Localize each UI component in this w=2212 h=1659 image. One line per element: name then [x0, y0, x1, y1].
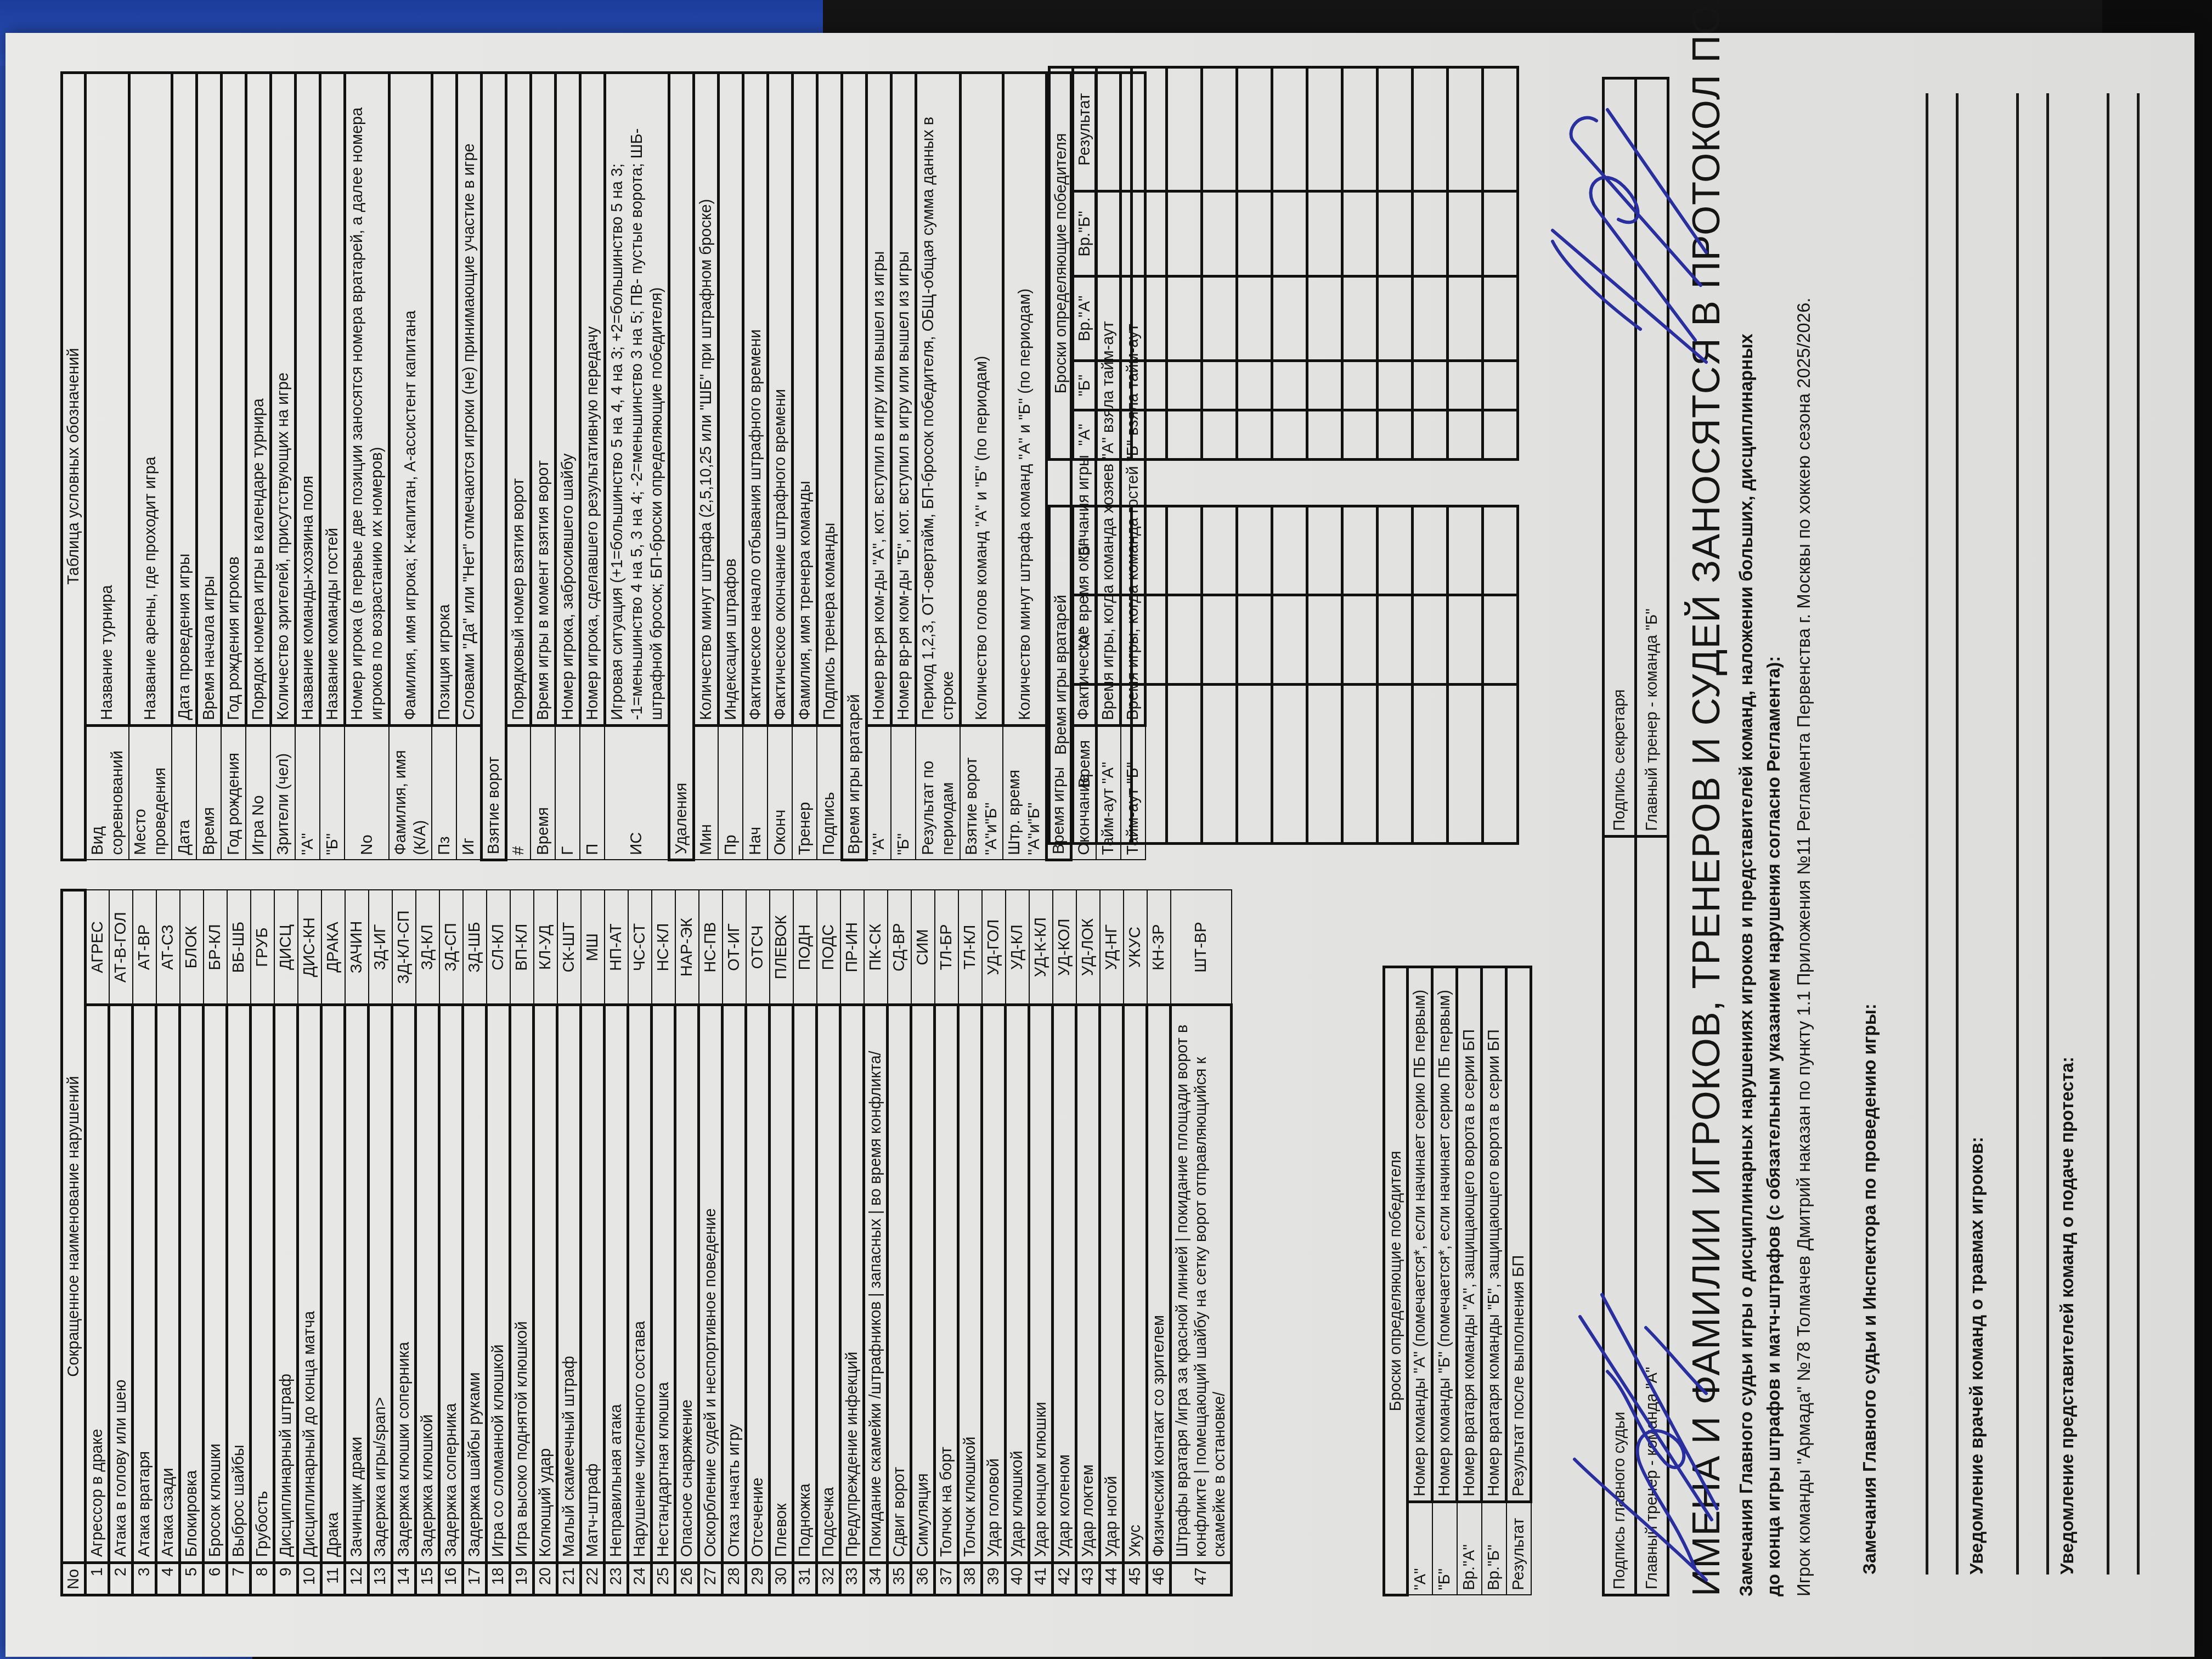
- violation-name: Толчок на борт: [935, 1005, 958, 1563]
- shootout-cell[interactable]: [1378, 410, 1413, 459]
- shootout-cell[interactable]: [1448, 276, 1483, 361]
- injury-notice-line[interactable]: [2016, 93, 2019, 1575]
- goalie-time-cell[interactable]: [1097, 685, 1132, 844]
- shootout-cell[interactable]: [1097, 276, 1132, 361]
- shootout-cell[interactable]: [1132, 191, 1167, 276]
- violation-number: 28: [723, 1563, 746, 1595]
- violation-row: 20Колющий ударКЛ-УД: [534, 890, 557, 1595]
- shootout-cell[interactable]: [1097, 67, 1132, 191]
- violation-number: 38: [958, 1563, 982, 1595]
- legend-description: Номер вр-ря ком-ды "А", кот. вступил в и…: [866, 73, 891, 726]
- violation-row: 35Сдвиг воротСД-ВР: [888, 890, 911, 1595]
- shootout-cell[interactable]: [1307, 276, 1342, 361]
- violation-row: 33Предупреждение инфекцийПР-ИН: [840, 890, 864, 1595]
- shootout-column-header: Результат: [1073, 67, 1097, 191]
- shootout-cell[interactable]: [1342, 361, 1378, 410]
- legend-description: Подпись тренера команды: [817, 73, 842, 726]
- shootout-cell[interactable]: [1167, 67, 1202, 191]
- violation-number: 45: [1124, 1563, 1147, 1595]
- shootout-cell[interactable]: [1202, 361, 1237, 410]
- violation-number: 26: [675, 1563, 699, 1595]
- legend-key: Время: [196, 726, 221, 860]
- legend-description: Название арены, где проходит игра: [129, 73, 172, 726]
- violation-code: ЗД-ИГ: [369, 890, 392, 1006]
- violation-number: 5: [180, 1563, 204, 1595]
- violation-name: Отсечение: [746, 1005, 770, 1563]
- goalie-time-cell[interactable]: [1272, 685, 1307, 844]
- violation-row: 3Атака вратаряАТ-ВР: [133, 890, 156, 1595]
- violation-code: ТЛ-БР: [935, 890, 958, 1006]
- violation-number: 17: [463, 1563, 487, 1595]
- violation-code: НС-ПВ: [699, 890, 723, 1006]
- violation-code: БР-КЛ: [204, 890, 227, 1006]
- legend-description: Фактическое окончание штрафного времени: [768, 73, 792, 726]
- goalie-time-cell[interactable]: [1202, 506, 1237, 595]
- violation-number: 44: [1100, 1563, 1124, 1595]
- goalie-time-cell[interactable]: [1483, 595, 1518, 685]
- legend-row: Фамилия, имя (К/А)Фамилия, имя игрока; К…: [389, 73, 432, 860]
- legend-description: Словами "Да" или "Нет" отмечаются игроки…: [456, 73, 481, 726]
- shootout-cell[interactable]: [1378, 191, 1413, 276]
- violation-name: Атака сзади: [156, 1005, 180, 1563]
- secretary-signature-field[interactable]: Подпись секретаря: [1604, 78, 1636, 837]
- shootout-cell[interactable]: [1342, 67, 1378, 191]
- legend-description: Время игры в момент взятия ворот: [531, 73, 555, 726]
- goalie-time-cell[interactable]: [1307, 506, 1342, 595]
- violation-row: 1Агрессор в дракеАГРЕС: [86, 890, 109, 1595]
- goalie-time-cell[interactable]: [1483, 506, 1518, 595]
- violation-code: ЗД-КЛ: [416, 890, 439, 1006]
- goalie-time-cell[interactable]: [1307, 685, 1342, 844]
- legend-row: Зрители (чел)Количество зрителей, присут…: [270, 73, 295, 860]
- shootout-cell[interactable]: [1237, 67, 1272, 191]
- violation-code: СЛ-КЛ: [487, 890, 510, 1006]
- shootout-cell[interactable]: [1272, 191, 1307, 276]
- legend-description: Количество голов команд "А" и "Б" (по пе…: [960, 73, 1003, 726]
- legend-key: Пз: [432, 726, 456, 860]
- legend-description: Год рождения игроков: [221, 73, 246, 726]
- legend-row: ИСИгровая ситуация (+1=большинство 5 на …: [605, 73, 669, 860]
- violation-number: 23: [605, 1563, 628, 1595]
- shootout-cell[interactable]: [1342, 276, 1378, 361]
- violation-name: Нестандартная клюшка: [652, 1005, 675, 1563]
- goalie-time-cell[interactable]: [1448, 506, 1483, 595]
- legend-description: Название турнира: [86, 73, 129, 726]
- violation-code: НС-КЛ: [652, 890, 675, 1006]
- violation-code: ДИСЦ: [274, 890, 298, 1006]
- shootout-cell[interactable]: [1378, 276, 1413, 361]
- shootout-cell[interactable]: [1413, 276, 1448, 361]
- violation-row: 45УкусУКУС: [1124, 890, 1147, 1595]
- shootout-column-header: "Б": [1073, 361, 1097, 410]
- legend-row: Вид соревнованийНазвание турнира: [86, 73, 129, 860]
- legend-key: Г: [555, 726, 580, 860]
- violation-number: 31: [793, 1563, 817, 1595]
- violation-number: 30: [770, 1563, 793, 1595]
- violation-number: 3: [133, 1563, 156, 1595]
- goalie-time-cell[interactable]: [1237, 685, 1272, 844]
- goalie-time-cell[interactable]: [1378, 685, 1413, 844]
- violation-row: 18Игра со сломанной клюшкойСЛ-КЛ: [487, 890, 510, 1595]
- violation-number: 4: [156, 1563, 180, 1595]
- shootout-cell[interactable]: [1378, 361, 1413, 410]
- legend-row: ВремяВремя начала игры: [196, 73, 221, 860]
- violation-row: 24Нарушение численного составаЧС-СТ: [628, 890, 652, 1595]
- goalie-time-cell[interactable]: [1413, 685, 1448, 844]
- legend-key: Подпись: [817, 726, 842, 860]
- protest-notice-label: Уведомление представителей команд о пода…: [2055, 1057, 2080, 1575]
- shootout-cell[interactable]: [1272, 67, 1307, 191]
- violation-row: 36СимуляцияСИМ: [911, 890, 935, 1595]
- goalie-time-row: [1202, 506, 1237, 844]
- violation-number: 20: [534, 1563, 557, 1595]
- goalie-time-cell[interactable]: [1237, 506, 1272, 595]
- goalie-time-row: [1483, 506, 1518, 844]
- legend-row: "А"Номер вр-ря ком-ды "А", кот. вступил …: [866, 73, 891, 860]
- legend-key: Мин: [693, 726, 718, 860]
- shootout-cell[interactable]: [1307, 67, 1342, 191]
- violation-number: 32: [817, 1563, 840, 1595]
- coach-a-signature-field[interactable]: Главный тренер - команда "А": [1636, 837, 1668, 1595]
- goalie-time-cell[interactable]: [1202, 595, 1237, 685]
- legend-key: Год рождения: [221, 726, 246, 860]
- violation-name: Штрафы вратаря /игра за красной линией |…: [1171, 1005, 1232, 1563]
- violation-row: 23Неправильная атакаНП-АТ: [605, 890, 628, 1595]
- goalie-time-cell[interactable]: [1307, 595, 1342, 685]
- shootout-cell[interactable]: [1272, 410, 1307, 459]
- legend-description: Порядковый номер взятия ворот: [506, 73, 531, 726]
- violation-row: 32ПодсечкаПОДС: [817, 890, 840, 1595]
- shootout-cell[interactable]: [1202, 191, 1237, 276]
- violation-row: 41Удар концом клюшкиУД-К-КЛ: [1029, 890, 1053, 1595]
- shootout-cell[interactable]: [1272, 361, 1307, 410]
- signature-table: Подпись главного судьи Подпись секретаря…: [1602, 77, 1669, 1596]
- goalie-time-cell[interactable]: [1342, 685, 1378, 844]
- shootout-cell[interactable]: [1448, 410, 1483, 459]
- violation-name: Задержка шайбы руками: [463, 1005, 487, 1563]
- violation-row: 37Толчок на бортТЛ-БР: [935, 890, 958, 1595]
- shootout-cell[interactable]: [1413, 67, 1448, 191]
- goalie-time-cell[interactable]: [1097, 595, 1132, 685]
- violation-code: УД-К-КЛ: [1029, 890, 1053, 1006]
- violation-name: Удар концом клюшки: [1029, 1005, 1053, 1563]
- violation-name: Симуляция: [911, 1005, 935, 1563]
- shootout-cell[interactable]: [1413, 410, 1448, 459]
- shootout-legend-table: Броски определяющие победителя "А"Номер …: [1383, 966, 1532, 1596]
- legend-row: Штр. время "А"и"Б"Количество минут штраф…: [1003, 73, 1047, 860]
- shootout-cell[interactable]: [1132, 361, 1167, 410]
- violation-row: 4Атака сзадиАТ-СЗ: [156, 890, 180, 1595]
- chief-referee-signature-field[interactable]: Подпись главного судьи: [1604, 837, 1636, 1595]
- shootout-cell[interactable]: [1167, 191, 1202, 276]
- violation-name: Бросок клюшки: [204, 1005, 227, 1563]
- violation-number: 8: [251, 1563, 274, 1595]
- legend-section-title: Взятие ворот: [481, 73, 506, 860]
- violation-row: 7Выброс шайбыВБ-ШБ: [227, 890, 251, 1595]
- shootout-cell[interactable]: [1448, 67, 1483, 191]
- goalie-time-cell[interactable]: [1272, 595, 1307, 685]
- goalie-time-cell[interactable]: [1202, 685, 1237, 844]
- goalie-time-cell[interactable]: [1132, 506, 1167, 595]
- legend-row: Место проведенияНазвание арены, где прох…: [129, 73, 172, 860]
- protest-notice-line-2[interactable]: [2137, 93, 2140, 1575]
- violation-name: Предупреждение инфекций: [840, 1005, 864, 1563]
- shootout-legend-row: РезультатРезультат после выполнения БП: [1506, 967, 1531, 1595]
- game-protocol-sheet: No Сокращенное наименование нарушений 1А…: [5, 33, 2194, 1657]
- legend-table: Таблица условных обозначений Вид соревно…: [60, 71, 1147, 861]
- violation-row: 44Удар ногойУД-НГ: [1100, 890, 1124, 1595]
- shootout-cell[interactable]: [1483, 67, 1518, 191]
- violation-name: Дисциплинарный штраф: [274, 1005, 298, 1563]
- injury-notice-line-2[interactable]: [2046, 93, 2049, 1575]
- shootout-cell[interactable]: [1167, 361, 1202, 410]
- goalie-time-column-header: "А": [1073, 595, 1097, 685]
- violation-row: 42Удар коленомУД-КОЛ: [1053, 890, 1076, 1595]
- goalie-time-cell[interactable]: [1132, 595, 1167, 685]
- shootout-cell[interactable]: [1448, 361, 1483, 410]
- violation-number: 47: [1171, 1563, 1232, 1595]
- violation-code: ПОДС: [817, 890, 840, 1006]
- shootout-cell[interactable]: [1483, 410, 1518, 459]
- legend-key: Вид соревнований: [86, 726, 129, 860]
- legend-row: "Б"Номер вр-ря ком-ды "Б", кот. вступил …: [891, 73, 916, 860]
- violation-number: 24: [628, 1563, 652, 1595]
- shootout-cell[interactable]: [1202, 276, 1237, 361]
- violation-name: Удар локтем: [1076, 1005, 1100, 1563]
- goalie-time-cell[interactable]: [1378, 595, 1413, 685]
- violation-code: ЗАЧИН: [345, 890, 369, 1006]
- violation-number: 22: [581, 1563, 605, 1595]
- shootout-cell[interactable]: [1342, 191, 1378, 276]
- violation-name: Матч-штраф: [581, 1005, 605, 1563]
- legend-description: Фамилия, имя игрока; К-капитан, А-ассист…: [389, 73, 432, 726]
- violation-name: Толчок клюшкой: [958, 1005, 982, 1563]
- goalie-time-cell[interactable]: [1448, 685, 1483, 844]
- legend-key: Фамилия, имя (К/А): [389, 726, 432, 860]
- violation-number: 14: [392, 1563, 416, 1595]
- violation-name: Грубость: [251, 1005, 274, 1563]
- violation-code: ДИС-КН: [298, 890, 321, 1006]
- shootout-cell[interactable]: [1272, 276, 1307, 361]
- shootout-cell[interactable]: [1483, 276, 1518, 361]
- violation-number: 27: [699, 1563, 723, 1595]
- goalie-time-column-header: "Б": [1073, 506, 1097, 595]
- goalie-time-cell[interactable]: [1342, 595, 1378, 685]
- goalie-time-cell[interactable]: [1378, 506, 1413, 595]
- legend-row: ДатаДата проведения игры: [172, 73, 196, 860]
- goalie-time-cell[interactable]: [1342, 506, 1378, 595]
- violation-row: 28Отказ начать игруОТ-ИГ: [723, 890, 746, 1595]
- shootout-cell[interactable]: [1202, 410, 1237, 459]
- shootout-legend-description: Результат после выполнения БП: [1506, 967, 1531, 1503]
- violation-row: 5БлокировкаБЛОК: [180, 890, 204, 1595]
- legend-row: "А"Название команды-хозяина поля: [295, 73, 320, 860]
- legend-section-title: Время игры вратарей: [842, 73, 866, 860]
- shootout-cell[interactable]: [1307, 361, 1342, 410]
- shootout-legend-row: "А"Номер команды "А" (помечается*, если …: [1408, 967, 1432, 1595]
- shootout-cell[interactable]: [1483, 361, 1518, 410]
- goalie-time-cell[interactable]: [1413, 506, 1448, 595]
- legend-description: Название команды-хозяина поля: [295, 73, 320, 726]
- violation-number: 35: [888, 1563, 911, 1595]
- goalie-time-cell[interactable]: [1483, 685, 1518, 844]
- violation-name: Сдвиг ворот: [888, 1005, 911, 1563]
- referee-remarks-line-2[interactable]: [1956, 93, 1959, 1575]
- legend-key: Дата: [172, 726, 196, 860]
- legend-description: Порядок номера игры в календаре турнира: [246, 73, 270, 726]
- violation-row: 40Удар клюшкойУД-КЛ: [1006, 890, 1029, 1595]
- goalie-time-row: [1378, 506, 1413, 844]
- violation-row: 38Толчок клюшкойТЛ-КЛ: [958, 890, 982, 1595]
- violation-code: ГРУБ: [251, 890, 274, 1006]
- shootout-row: [1342, 67, 1378, 460]
- shootout-cell[interactable]: [1237, 410, 1272, 459]
- violation-code: АТ-СЗ: [156, 890, 180, 1006]
- violation-name: Малый скамеечный штраф: [557, 1005, 581, 1563]
- legend-key: Штр. время "А"и"Б": [1003, 726, 1047, 860]
- remarks-entry: Игрок команды "Армада" №78 Толмачев Дмит…: [1791, 71, 1816, 1596]
- violation-code: ДРАКА: [321, 890, 345, 1006]
- shootout-cell[interactable]: [1132, 276, 1167, 361]
- legend-key: ИС: [605, 726, 669, 860]
- violation-code: ШТ-ВР: [1171, 890, 1232, 1006]
- violation-name: Задержка игры/span>: [369, 1005, 392, 1563]
- legend-row: ИгСловами "Да" или "Нет" отмечаются игро…: [456, 73, 481, 860]
- legend-description: Название команды гостей: [320, 73, 345, 726]
- goalie-time-cell[interactable]: [1132, 685, 1167, 844]
- goalie-time-cell[interactable]: [1272, 506, 1307, 595]
- legend-section-row: Удаления: [669, 73, 693, 860]
- violation-name: Дисциплинарный до конца матча: [298, 1005, 321, 1563]
- violation-code: ПК-СК: [864, 890, 888, 1006]
- legend-description: Индексация штрафов: [718, 73, 743, 726]
- shootout-legend-row: Вр."А"Номер вратаря команды "А", защищаю…: [1457, 967, 1482, 1595]
- shootout-table: Броски определяющие победителя "А""Б"Вр.…: [1048, 66, 1519, 461]
- goalie-time-row: [1132, 506, 1167, 844]
- referee-remarks-line[interactable]: [1926, 93, 1928, 1575]
- legend-key: Результат по периодам: [916, 726, 960, 860]
- goalie-time-row: [1237, 506, 1272, 844]
- violation-row: 46Физический контакт со зрителемКН-ЗР: [1147, 890, 1171, 1595]
- violation-number: 34: [864, 1563, 888, 1595]
- violation-name: Задержка клюшкой: [416, 1005, 439, 1563]
- protest-notice-line[interactable]: [2107, 93, 2109, 1575]
- shootout-cell[interactable]: [1132, 410, 1167, 459]
- shootout-cell[interactable]: [1413, 361, 1448, 410]
- shootout-cell[interactable]: [1132, 67, 1167, 191]
- shootout-cell[interactable]: [1307, 191, 1342, 276]
- shootout-legend-key: Вр."А": [1457, 1502, 1482, 1595]
- violation-row: 43Удар локтемУД-ЛОК: [1076, 890, 1100, 1595]
- violation-number: 15: [416, 1563, 439, 1595]
- violation-number: 21: [557, 1563, 581, 1595]
- shootout-cell[interactable]: [1237, 361, 1272, 410]
- violation-row: 6Бросок клюшкиБР-КЛ: [204, 890, 227, 1595]
- goalie-time-cell[interactable]: [1097, 506, 1132, 595]
- shootout-cell[interactable]: [1202, 67, 1237, 191]
- legend-description: Количество минут штрафа (2,5,10,25 или "…: [693, 73, 718, 726]
- violation-number: 2: [109, 1563, 133, 1595]
- legend-row: Год рожденияГод рождения игроков: [221, 73, 246, 860]
- violation-code: ЗД-СП: [439, 890, 463, 1006]
- legend-row: ПрИндексация штрафов: [718, 73, 743, 860]
- violation-name: Неправильная атака: [605, 1005, 628, 1563]
- violation-code: НП-АТ: [605, 890, 628, 1006]
- goalie-time-cell[interactable]: [1167, 685, 1202, 844]
- shootout-cell[interactable]: [1342, 410, 1378, 459]
- shootout-cell[interactable]: [1167, 276, 1202, 361]
- violation-row: 22Матч-штрафМШ: [581, 890, 605, 1595]
- violation-row: 34Покидание скамейки /штрафников | запас…: [864, 890, 888, 1595]
- violation-code: ЧС-СТ: [628, 890, 652, 1006]
- violation-number: 43: [1076, 1563, 1100, 1595]
- legend-description: Номер вр-ря ком-ды "Б", кот. вступил в и…: [891, 73, 916, 726]
- legend-section-row: Взятие ворот: [481, 73, 506, 860]
- shootout-cell[interactable]: [1237, 276, 1272, 361]
- legend-section-row: Время игры вратарей: [842, 73, 866, 860]
- violation-row: 29ОтсечениеОТСЧ: [746, 890, 770, 1595]
- violation-row: 27Оскорбление судей и неспортивное повед…: [699, 890, 723, 1595]
- violation-number: 19: [510, 1563, 534, 1595]
- shootout-cell[interactable]: [1097, 191, 1132, 276]
- legend-row: ПзПозиция игрока: [432, 73, 456, 860]
- shootout-cell[interactable]: [1483, 191, 1518, 276]
- remarks-line-2: до конца игры штрафов и матч-штрафов (с …: [1761, 71, 1786, 1596]
- goalie-time-cell[interactable]: [1167, 506, 1202, 595]
- goalie-time-row: [1097, 506, 1132, 844]
- legend-row: НачФактическое начало отбывания штрафног…: [743, 73, 768, 860]
- violation-number: 29: [746, 1563, 770, 1595]
- coach-b-signature-field[interactable]: Главный тренер - команда "Б": [1636, 78, 1668, 837]
- goalie-time-row: [1448, 506, 1483, 844]
- goalie-time-row: [1272, 506, 1307, 844]
- shootout-cell[interactable]: [1237, 191, 1272, 276]
- legend-description: Период 1,2,3, ОТ-овертайм, БП-бросок поб…: [916, 73, 960, 726]
- shootout-legend-description: Номер команды "Б" (помечается*, если нач…: [1432, 967, 1457, 1503]
- violation-code: ОТ-ИГ: [723, 890, 746, 1006]
- shootout-cell[interactable]: [1413, 191, 1448, 276]
- shootout-cell[interactable]: [1378, 67, 1413, 191]
- legend-key: Пр: [718, 726, 743, 860]
- goalie-time-cell[interactable]: [1413, 595, 1448, 685]
- shootout-cell[interactable]: [1097, 410, 1132, 459]
- violation-row: 21Малый скамеечный штрафСК-ШТ: [557, 890, 581, 1595]
- violation-name: Опасное снаряжение: [675, 1005, 699, 1563]
- shootout-cell[interactable]: [1167, 410, 1202, 459]
- violation-number: 25: [652, 1563, 675, 1595]
- legend-key: "Б": [320, 726, 345, 860]
- violation-row: 47Штрафы вратаря /игра за красной линией…: [1171, 890, 1232, 1595]
- violation-name: Задержка клюшки соперника: [392, 1005, 416, 1563]
- shootout-cell[interactable]: [1097, 361, 1132, 410]
- goalie-time-cell[interactable]: [1167, 595, 1202, 685]
- violation-name: Подножка: [793, 1005, 817, 1563]
- legend-key: #: [506, 726, 531, 860]
- shootout-legend-description: Номер команды "А" (помечается*, если нач…: [1408, 967, 1432, 1503]
- shootout-cell[interactable]: [1307, 410, 1342, 459]
- shootout-cell[interactable]: [1448, 191, 1483, 276]
- violation-code: ЗД-КЛ-СП: [392, 890, 416, 1006]
- legend-section-title: Удаления: [669, 73, 693, 860]
- shootout-table-title: Броски определяющие победителя: [1049, 67, 1073, 460]
- legend-description: Позиция игрока: [432, 73, 456, 726]
- legend-key: Нач: [743, 726, 768, 860]
- goalie-time-cell[interactable]: [1448, 595, 1483, 685]
- violation-row: 11ДракаДРАКА: [321, 890, 345, 1595]
- violation-number: 36: [911, 1563, 935, 1595]
- violation-name: Отказ начать игру: [723, 1005, 746, 1563]
- goalie-time-cell[interactable]: [1237, 595, 1272, 685]
